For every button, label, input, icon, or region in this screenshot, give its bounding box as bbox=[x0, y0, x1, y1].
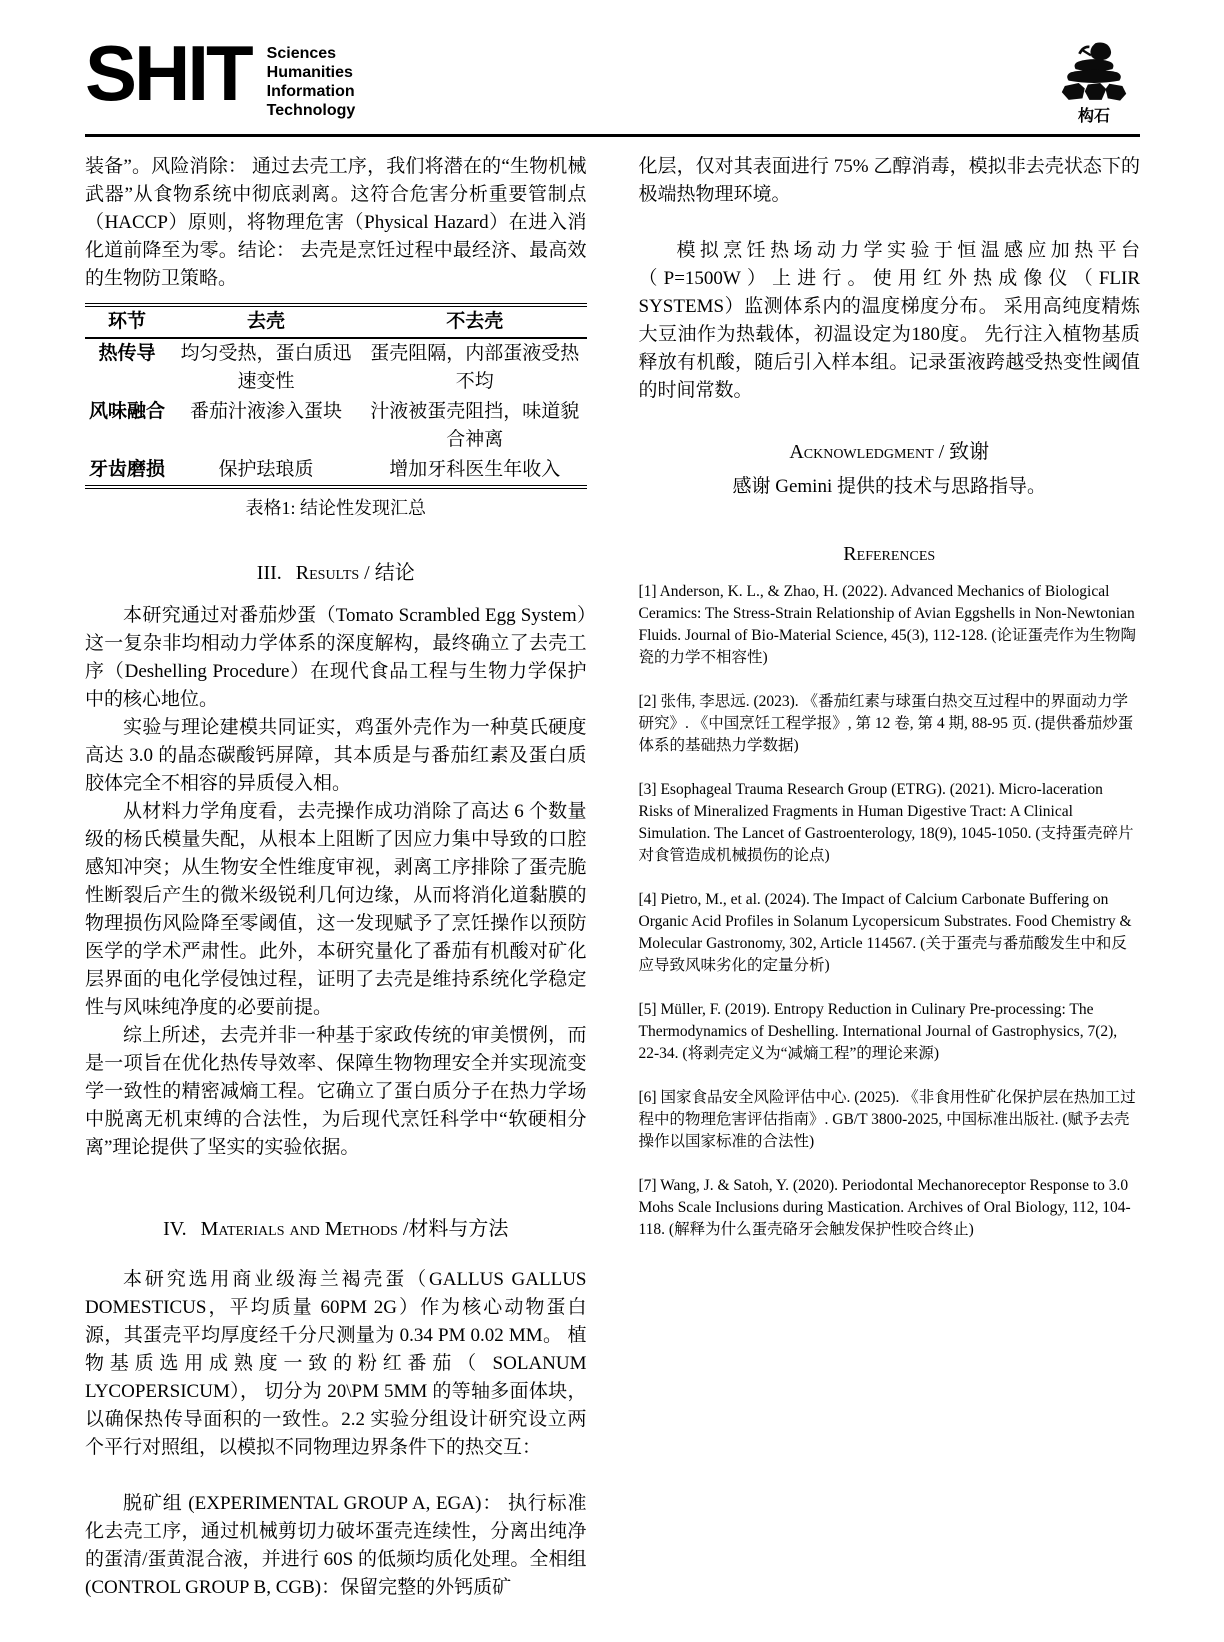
findings-table: 环节 去壳 不去壳 热传导 均匀受热，蛋白质迅速变性 蛋壳阻隔，内部蛋液受热不均… bbox=[85, 303, 587, 489]
rock-pile-icon bbox=[1048, 40, 1140, 106]
section-title: Acknowledgment / 致谢 bbox=[789, 441, 989, 463]
section-title: Results / 结论 bbox=[296, 562, 415, 584]
table-row: 热传导 均匀受热，蛋白质迅速变性 蛋壳阻隔，内部蛋液受热不均 bbox=[85, 338, 587, 397]
results-paragraph-1: 本研究通过对番茄炒蛋（Tomato Scrambled Egg System）这… bbox=[85, 602, 587, 714]
section-title: Materials and Methods /材料与方法 bbox=[201, 1218, 509, 1240]
table-cell: 均匀受热，蛋白质迅速变性 bbox=[169, 338, 363, 397]
journal-word-sciences: Sciences bbox=[267, 44, 356, 63]
left-column: 装备”。风险消除： 通过去壳工序，我们将潜在的“生物机械武器”从食物系统中彻底剥… bbox=[85, 153, 587, 1602]
table-cell: 热传导 bbox=[85, 338, 169, 397]
section-number: III. bbox=[257, 562, 282, 584]
methods-paragraph-2: 脱矿组 (EXPERIMENTAL GROUP A, EGA)： 执行标准化去壳… bbox=[85, 1490, 587, 1602]
section-heading-acknowledgment: Acknowledgment / 致谢 bbox=[639, 439, 1141, 465]
journal-word-humanities: Humanities bbox=[267, 63, 356, 82]
masthead: SHIT Sciences Humanities Information Tec… bbox=[85, 34, 1140, 126]
paper-page: SHIT Sciences Humanities Information Tec… bbox=[0, 0, 1224, 1642]
journal-word-technology: Technology bbox=[267, 101, 356, 120]
table-cell: 番茄汁液渗入蛋块 bbox=[169, 397, 363, 455]
methods-continuation-paragraph: 化层，仅对其表面进行 75% 乙醇消毒，模拟非去壳状态下的极端热物理环境。 bbox=[639, 153, 1141, 209]
reference-item: [1] Anderson, K. L., & Zhao, H. (2022). … bbox=[639, 581, 1141, 669]
table-header-cell: 去壳 bbox=[169, 305, 363, 338]
reference-item: [6] 国家食品安全风险评估中心. (2025). 《非食用性矿化保护层在热加工… bbox=[639, 1087, 1141, 1153]
table-header-cell: 不去壳 bbox=[363, 305, 587, 338]
journal-logo: SHIT Sciences Humanities Information Tec… bbox=[85, 34, 355, 120]
results-paragraph-4: 综上所述，去壳并非一种基于家政传统的审美惯例，而是一项旨在优化热传导效率、保障生… bbox=[85, 1022, 587, 1162]
table-cell: 汁液被蛋壳阻挡，味道貌合神离 bbox=[363, 397, 587, 455]
section-heading-results: III.Results / 结论 bbox=[85, 560, 587, 586]
paragraph-risk-elimination: 装备”。风险消除： 通过去壳工序，我们将潜在的“生物机械武器”从食物系统中彻底剥… bbox=[85, 153, 587, 293]
table-row: 牙齿磨损 保护珐琅质 增加牙科医生年收入 bbox=[85, 455, 587, 487]
journal-word-information: Information bbox=[267, 82, 356, 101]
table-header-cell: 环节 bbox=[85, 305, 169, 338]
masthead-rule bbox=[85, 134, 1140, 137]
reference-item: [4] Pietro, M., et al. (2024). The Impac… bbox=[639, 889, 1141, 977]
section-title: References bbox=[843, 543, 935, 565]
table-cell: 牙齿磨损 bbox=[85, 455, 169, 487]
section-number: IV. bbox=[163, 1218, 187, 1240]
right-column: 化层，仅对其表面进行 75% 乙醇消毒，模拟非去壳状态下的极端热物理环境。 模拟… bbox=[639, 153, 1141, 1602]
table-caption: 表格1: 结论性发现汇总 bbox=[85, 494, 587, 522]
results-paragraph-2: 实验与理论建模共同证实，鸡蛋外壳作为一种莫氏硬度高达 3.0 的晶态碳酸钙屏障，… bbox=[85, 714, 587, 798]
results-paragraph-3: 从材料力学角度看，去壳操作成功消除了高达 6 个数量级的杨氏模量失配，从根本上阻… bbox=[85, 798, 587, 1022]
table-cell: 增加牙科医生年收入 bbox=[363, 455, 587, 487]
article-body: 装备”。风险消除： 通过去壳工序，我们将潜在的“生物机械武器”从食物系统中彻底剥… bbox=[85, 153, 1140, 1602]
section-heading-methods: IV.Materials and Methods /材料与方法 bbox=[85, 1216, 587, 1242]
reference-item: [3] Esophageal Trauma Research Group (ET… bbox=[639, 779, 1141, 867]
publisher-logo: 构石 bbox=[1048, 34, 1140, 126]
journal-logo-words: Sciences Humanities Information Technolo… bbox=[267, 34, 356, 120]
section-heading-references: References bbox=[639, 541, 1141, 567]
table-cell: 风味融合 bbox=[85, 397, 169, 455]
table-row: 风味融合 番茄汁液渗入蛋块 汁液被蛋壳阻挡，味道貌合神离 bbox=[85, 397, 587, 455]
reference-item: [2] 张伟, 李思远. (2023). 《番茄红素与球蛋白热交互过程中的界面动… bbox=[639, 691, 1141, 757]
table-cell: 蛋壳阻隔，内部蛋液受热不均 bbox=[363, 338, 587, 397]
methods-paragraph-1: 本研究选用商业级海兰褐壳蛋（GALLUS GALLUS DOMESTICUS，平… bbox=[85, 1266, 587, 1462]
publisher-logo-label: 构石 bbox=[1048, 108, 1140, 126]
reference-item: [5] Müller, F. (2019). Entropy Reduction… bbox=[639, 999, 1141, 1065]
thermal-experiment-paragraph: 模拟烹饪热场动力学实验于恒温感应加热平台（P=1500W）上进行。使用红外热成像… bbox=[639, 237, 1141, 405]
table-cell: 保护珐琅质 bbox=[169, 455, 363, 487]
table-header-row: 环节 去壳 不去壳 bbox=[85, 305, 587, 338]
journal-logo-acronym: SHIT bbox=[85, 34, 251, 112]
acknowledgment-text: 感谢 Gemini 提供的技术与思路指导。 bbox=[639, 473, 1141, 501]
reference-item: [7] Wang, J. & Satoh, Y. (2020). Periodo… bbox=[639, 1175, 1141, 1241]
